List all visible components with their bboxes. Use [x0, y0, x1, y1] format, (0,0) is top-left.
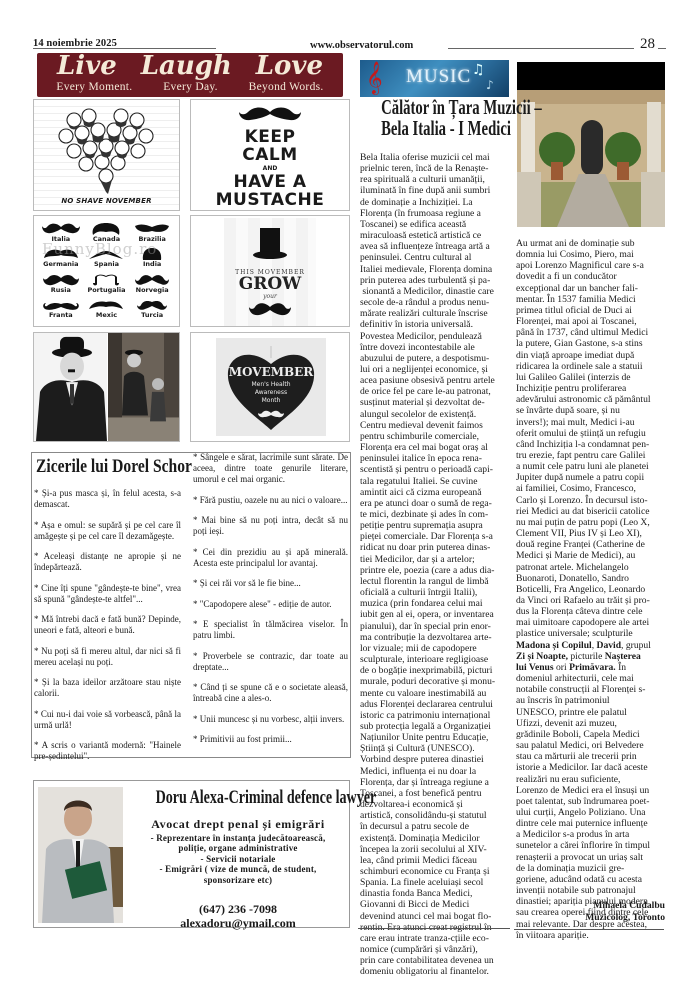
- mustache-cell: Rusia: [38, 271, 84, 297]
- banner-tagline: Every Moment.: [56, 81, 132, 93]
- quote: * Fără pustiu, oazele nu au nici o valoa…: [193, 495, 348, 506]
- grow-line: GROW: [224, 276, 316, 293]
- music-note-icon: ♪: [486, 78, 494, 92]
- mustache-countries-image: Italia Canada Brazilia Germania Spania I…: [33, 215, 180, 327]
- article-signature: Mihaela Cudalbu Muzicolog, Toronto: [580, 900, 665, 923]
- keep-calm-mustache-image: KEEP CALM AND HAVE A MUSTACHE: [190, 99, 350, 211]
- ad-title: Doru Alexa-Criminal defence lawyer: [156, 787, 319, 809]
- quote: * Și cei răi vor să le fie bine...: [193, 578, 348, 589]
- keep-calm-line: MUSTACHE: [191, 191, 349, 209]
- ad-service: - Servicii notariale: [127, 854, 349, 864]
- mustache-icon: [42, 274, 80, 286]
- mustache-icon: [238, 106, 302, 122]
- movember-grow-image: THIS MOVEMBER GROW your: [190, 215, 350, 327]
- mustache-icon: [42, 223, 80, 235]
- movember-title: MOVEMBER: [226, 365, 316, 379]
- banner-tagline: Every Day.: [163, 81, 218, 93]
- header-rule: [658, 48, 666, 49]
- article-title-line: Călător în Țara Muzicii –: [381, 97, 489, 118]
- website-link[interactable]: www.observatorul.com: [310, 40, 413, 51]
- ad-service: sponsorizare etc): [127, 875, 349, 885]
- quote: * Așa e omul: se supără și pe cel care î…: [34, 520, 181, 542]
- treble-clef-icon: 𝄞: [366, 64, 383, 92]
- quote: * Mă întrebi dacă e fată bună? Depinde, …: [34, 614, 181, 636]
- ad-phone[interactable]: (647) 236 -7098: [127, 902, 349, 917]
- zicerile-title: Zicerile lui Dorel Schor: [36, 456, 157, 478]
- mustache-icon: [258, 410, 284, 418]
- bearded-faces-heart-icon: [56, 106, 156, 194]
- zicerile-column-2: * Sângele e sărat, lacrimile sunt sărate…: [193, 452, 348, 755]
- mustache-cell: Norvegia: [129, 271, 175, 297]
- column-end-rule: [514, 929, 664, 930]
- quote: * A scris o variantă modernă: "Hainele p…: [34, 740, 181, 762]
- music-banner-text: MUSIC: [406, 66, 471, 88]
- music-banner-image: 𝄞 MUSIC ♫ ♪: [360, 60, 509, 97]
- quote: * Primitivii au fost primii...: [193, 734, 348, 745]
- quote: * Cui nu-i dai voie să vorbească, până l…: [34, 709, 181, 731]
- ad-service: - Emigrări ( vize de muncă, de student,: [127, 864, 349, 874]
- quote: * Unii muncesc și nu vorbesc, alții inve…: [193, 714, 348, 725]
- lawyer-photo: [38, 787, 123, 923]
- grow-line: your: [224, 293, 316, 300]
- author-role: Muzicolog, Toronto: [580, 912, 665, 924]
- mustache-icon: [87, 223, 125, 235]
- quote: * Când ți se spune că e o societate alea…: [193, 682, 348, 704]
- banner-word: Laugh: [141, 53, 232, 81]
- quote: * Aceleași distanțe ne apropie și ne înd…: [34, 551, 181, 573]
- ad-service: poliție, organe administrative: [127, 843, 349, 853]
- live-laugh-love-banner: Live Laugh Love Every Moment. Every Day.…: [37, 53, 343, 97]
- page-number: 28: [640, 36, 655, 53]
- no-shave-november-label: NO SHAVE NOVEMBER: [34, 197, 179, 205]
- mustache-cell: Portugalia: [84, 271, 130, 297]
- top-hat-icon: [252, 226, 288, 262]
- banner-tagline: Beyond Words.: [249, 81, 324, 93]
- florence-courtyard-photo: [517, 62, 665, 227]
- section-border: [31, 452, 32, 758]
- quote: * Cine îți spune "gândește-te bine", vre…: [34, 583, 181, 605]
- mustache-icon: [133, 223, 171, 235]
- zicerile-column-1: * Și-a pus masca și, în felul acesta, s-…: [34, 488, 181, 772]
- quote: * "Capodopere alese" - ediție de autor.: [193, 599, 348, 610]
- mustache-icon: [87, 274, 125, 286]
- the-kid-still-photo: [108, 333, 180, 441]
- article-column-2: Au urmat ani de dominație sub domnia lui…: [516, 238, 668, 941]
- author-name: Mihaela Cudalbu: [580, 900, 665, 912]
- article-title-line: Bela Italia - I Medici: [381, 118, 489, 139]
- mustache-cell: Turcia: [129, 297, 175, 323]
- ad-services-list: - Reprezentare în instanța judecătoareas…: [127, 833, 349, 885]
- mustache-cell: Mexic: [84, 297, 130, 323]
- quote: * Mai bine să nu poți intra, decât să nu…: [193, 515, 348, 537]
- column-end-rule: [358, 928, 510, 929]
- quote: * E specialist în tălmăcirea viselor. În…: [193, 619, 348, 641]
- header-rule: [448, 48, 634, 49]
- keep-calm-line: CALM: [191, 146, 349, 164]
- mustache-icon: [42, 299, 80, 311]
- ad-service: - Reprezentare în instanța judecătoareas…: [127, 833, 349, 843]
- ad-email[interactable]: alexadoru@ymail.com: [127, 916, 349, 931]
- banner-word: Live: [57, 53, 117, 81]
- movember-heart-image: MOVEMBER Men's Health Awareness Month: [190, 332, 350, 442]
- mustache-icon: [133, 274, 171, 286]
- keep-calm-line: KEEP: [191, 128, 349, 146]
- quote: * Nu poți să fi mereu altul, dar nici să…: [34, 646, 181, 668]
- quote: * Sângele e sărat, lacrimile sunt sărate…: [193, 452, 348, 485]
- header-rule: [33, 48, 216, 49]
- lawyer-advertisement: Doru Alexa-Criminal defence lawyer Avoca…: [33, 780, 350, 928]
- courtyard-image: [517, 62, 665, 227]
- banner-word: Love: [256, 53, 323, 81]
- mustache-cell: Franta: [38, 297, 84, 323]
- section-border: [350, 452, 351, 758]
- mustache-icon: [248, 302, 292, 316]
- article-title: Călător în Țara Muzicii – Bela Italia - …: [358, 97, 512, 139]
- watermark: FunnyBlog.ro: [42, 240, 157, 258]
- quote: * Cei din prezidiu au și apă minerală. A…: [193, 547, 348, 569]
- music-note-icon: ♫: [472, 62, 485, 78]
- article-column-1: Bela Italia oferise muzicii cel mai prie…: [360, 152, 512, 978]
- quote: * Și la baza ideilor arzătoare stau nișt…: [34, 677, 181, 699]
- ad-subtitle: Avocat drept penal și emigrări: [127, 817, 349, 832]
- chaplin-photos-image: [33, 332, 180, 442]
- mustache-icon: [133, 299, 171, 311]
- mustache-icon: [87, 299, 125, 311]
- quote: * Și-a pus masca și, în felul acesta, s-…: [34, 488, 181, 510]
- quote: * Proverbele se contrazic, dar toate au …: [193, 651, 348, 673]
- chaplin-portrait-photo: [34, 333, 107, 441]
- keep-calm-line: HAVE A: [191, 173, 349, 191]
- no-shave-november-image: NO SHAVE NOVEMBER: [33, 99, 180, 211]
